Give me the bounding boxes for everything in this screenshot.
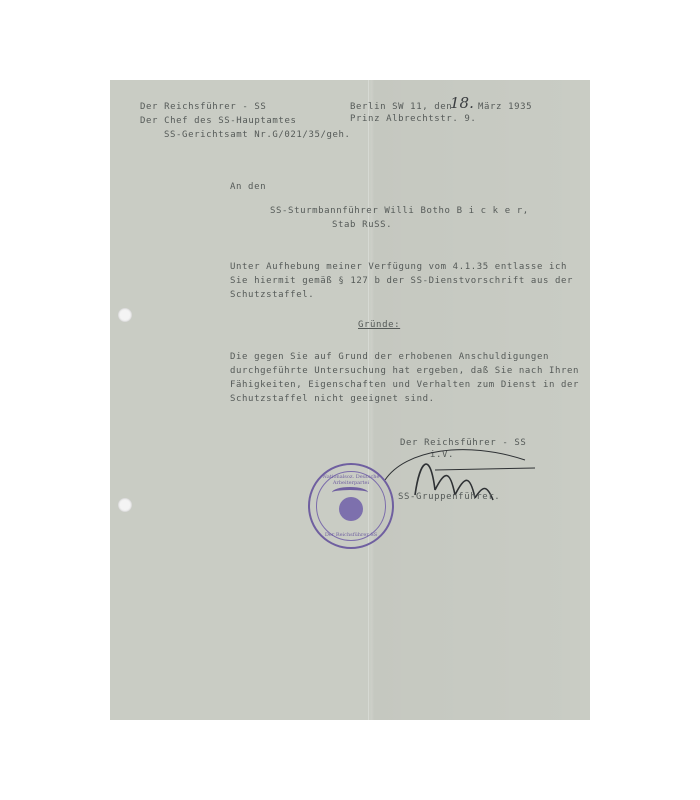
stamp-text-bottom: Der Reichsführer SS (310, 532, 392, 538)
official-stamp: Nationalsoz. Deutsche Arbeiterpartei Der… (308, 463, 394, 549)
paragraph-1-line-3: Schutzstaffel. (230, 290, 314, 300)
addressee-unit: Stab RuSS. (332, 220, 392, 230)
paragraph-1-line-1: Unter Aufhebung meiner Verfügung vom 4.1… (230, 262, 567, 272)
paragraph-2-line-3: Fähigkeiten, Eigenschaften und Verhalten… (230, 380, 579, 390)
reference-number: SS-Gerichtsamt Nr.G/021/35/geh. (164, 130, 351, 140)
handwritten-day: 18. (450, 94, 474, 112)
reasons-heading: Gründe: (358, 320, 400, 330)
sender-line-1: Der Reichsführer - SS (140, 102, 266, 112)
stamp-emblem-disc (339, 497, 363, 521)
paragraph-2-line-2: durchgeführte Untersuchung hat ergeben, … (230, 366, 579, 376)
addressee-intro: An den (230, 182, 266, 192)
street-address: Prinz Albrechtstr. 9. (350, 114, 476, 124)
paragraph-2-line-4: Schutzstaffel nicht geeignet sind. (230, 394, 435, 404)
place-date-prefix: Berlin SW 11, den (350, 102, 452, 112)
addressee-name: SS-Sturmbannführer Willi Botho B i c k e… (270, 206, 529, 216)
stamp-text-top: Nationalsoz. Deutsche Arbeiterpartei (310, 474, 392, 486)
paragraph-1-line-2: Sie hiermit gemäß § 127 b der SS-Dienstv… (230, 276, 573, 286)
month-year: März 1935 (478, 102, 532, 112)
closing-rank: SS-Gruppenführer. (398, 492, 500, 502)
document-page: Der Reichsführer - SS Der Chef des SS-Ha… (110, 80, 590, 720)
punch-hole (118, 308, 132, 322)
paragraph-2-line-1: Die gegen Sie auf Grund der erhobenen An… (230, 352, 549, 362)
punch-hole (118, 498, 132, 512)
sender-line-2: Der Chef des SS-Hauptamtes (140, 116, 296, 126)
